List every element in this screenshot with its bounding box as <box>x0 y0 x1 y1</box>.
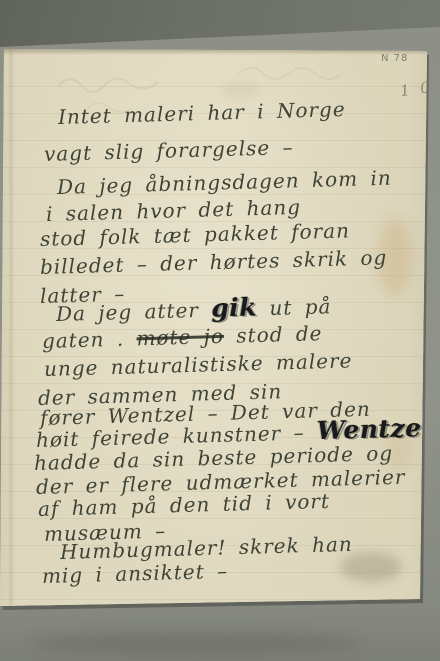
overwritten-word-gik: gik <box>211 292 258 322</box>
line-text: Da jeg atter <box>56 298 212 326</box>
background-shadow-band <box>0 0 440 50</box>
paper-crease <box>10 49 12 605</box>
line-text: gaten . <box>42 326 137 353</box>
line-text: ut på <box>257 294 332 320</box>
manuscript-line: vagt slig forargelse – <box>44 137 294 164</box>
background-smudge <box>30 632 360 654</box>
paper-top-edge-shadow <box>0 48 440 55</box>
overwritten-word-wentzel: Wentzel <box>316 413 432 445</box>
manuscript-line: mig i ansiktet – <box>42 561 229 586</box>
manuscript-page: N 78 1 0 Intet maleri har i Norge vagt s… <box>0 0 440 661</box>
foxing-stain <box>340 552 402 582</box>
struck-out-word: møte jo <box>136 324 224 350</box>
archive-number-label: N 78 <box>381 53 408 64</box>
line-text: stod de <box>224 321 323 348</box>
photographed-manuscript: N 78 1 0 Intet maleri har i Norge vagt s… <box>0 0 440 661</box>
